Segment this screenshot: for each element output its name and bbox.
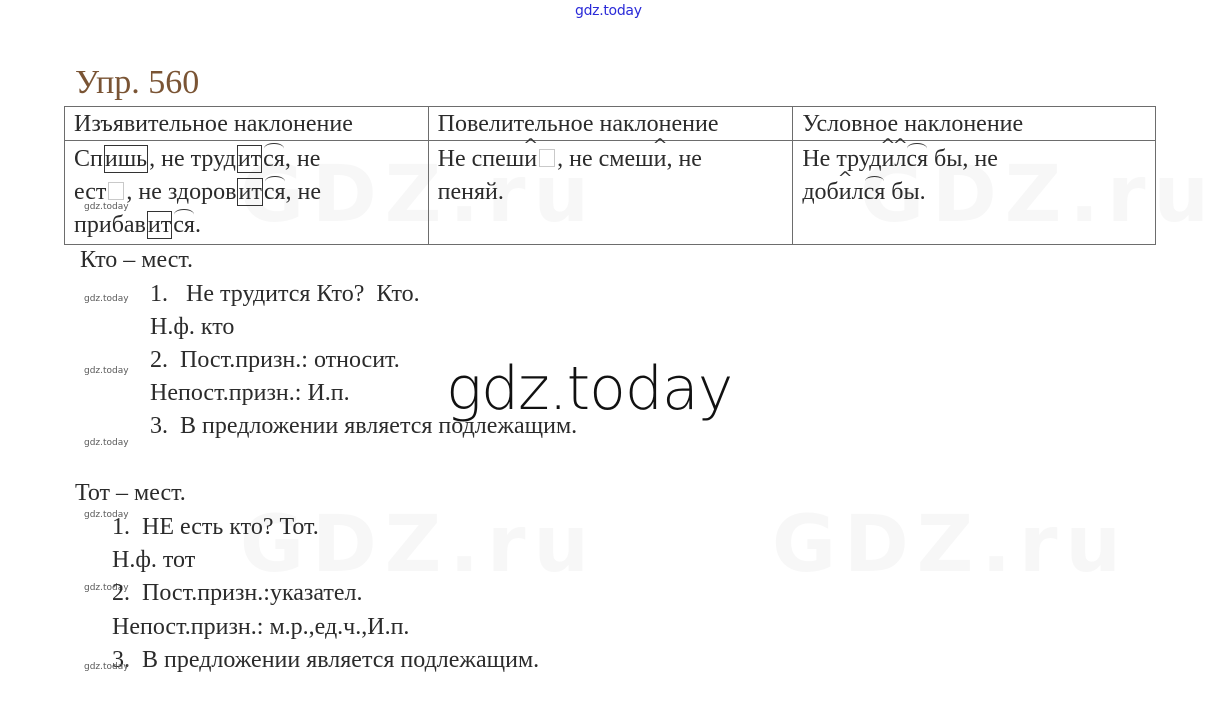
header-conditional: Условное наклонение <box>793 107 1156 141</box>
suffix-mark: ит <box>237 145 262 173</box>
suffix-mark: ит <box>237 178 262 206</box>
suffix-hat-mark: и <box>654 143 667 176</box>
cell-conditional: Не трудился бы, недобился бы. <box>793 141 1156 245</box>
small-watermark: gdz.today <box>84 202 129 212</box>
analysis-heading: Тот – мест. <box>75 480 186 507</box>
suffix-hat-mark: л <box>894 143 906 176</box>
analysis-line: 2. Пост.призн.:указател. <box>112 580 363 607</box>
cell-imperative: Не спеши, не смеши, непеняй. <box>428 141 793 245</box>
ending-mark: ишь <box>104 145 148 173</box>
cell-indicative: Спишь, не трудится, неест, не здоровится… <box>65 141 429 245</box>
small-watermark: gdz.today <box>84 662 129 672</box>
postfix-mark: ся <box>263 143 285 176</box>
small-watermark: gdz.today <box>84 366 129 376</box>
top-watermark: gdz.today <box>575 3 642 19</box>
small-watermark: gdz.today <box>84 438 129 448</box>
suffix-hat-mark: и <box>839 176 852 209</box>
analysis-line: 3. В предложении является подлежащим. <box>112 647 539 674</box>
table-header-row: Изъявительное наклонение Повелительное н… <box>65 107 1156 141</box>
moods-table: Изъявительное наклонение Повелительное н… <box>64 106 1156 245</box>
analysis-line: Н.ф. кто <box>150 314 234 341</box>
analysis-line: 1. Не трудится Кто? Кто. <box>150 281 420 308</box>
postfix-mark: ся <box>864 176 886 209</box>
big-watermark: gdz.today <box>446 354 732 424</box>
analysis-line: Н.ф. тот <box>112 547 195 574</box>
ghost-watermark: GDZ.ru <box>772 500 1129 590</box>
postfix-mark: ся <box>906 143 928 176</box>
suffix-mark: ит <box>147 211 172 239</box>
zero-ending-box <box>108 182 124 200</box>
zero-ending-box <box>539 149 555 167</box>
analysis-heading: Кто – мест. <box>80 247 193 274</box>
postfix-mark: ся <box>264 176 286 209</box>
small-watermark: gdz.today <box>84 294 129 304</box>
table-row: Спишь, не трудится, неест, не здоровится… <box>65 141 1156 245</box>
exercise-title: Упр. 560 <box>75 64 199 102</box>
analysis-line: Непост.призн.: м.р.,ед.ч.,И.п. <box>112 614 409 641</box>
analysis-line: 1. НЕ есть кто? Тот. <box>112 514 319 541</box>
postfix-mark: ся <box>173 209 195 242</box>
analysis-line: Непост.призн.: И.п. <box>150 380 350 407</box>
header-imperative: Повелительное наклонение <box>428 107 793 141</box>
header-indicative: Изъявительное наклонение <box>65 107 429 141</box>
analysis-line: 2. Пост.призн.: относит. <box>150 347 400 374</box>
suffix-hat-mark: и <box>524 143 537 176</box>
